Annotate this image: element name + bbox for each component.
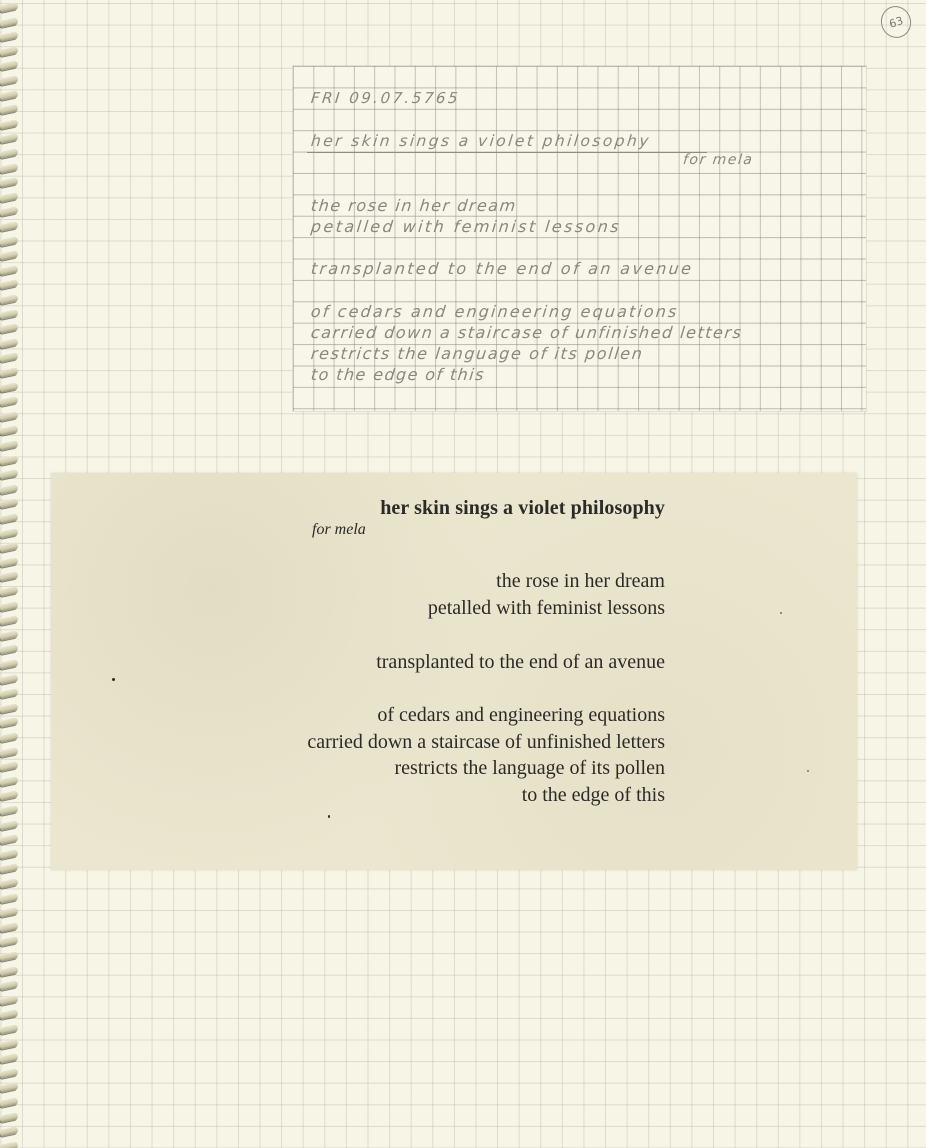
typed-title-block: her skin sings a violet philosophy (380, 495, 665, 521)
spiral-coil (0, 513, 19, 524)
spiral-coil (0, 586, 19, 597)
spiral-coil (0, 280, 19, 291)
paper-speck (780, 612, 782, 614)
spiral-coil (0, 163, 19, 174)
spiral-coil (0, 834, 19, 845)
spiral-coil (0, 177, 19, 188)
spiral-coil (0, 674, 19, 685)
spiral-coil (0, 148, 19, 159)
spiral-coil (0, 338, 19, 349)
spiral-coil (0, 499, 19, 510)
typed-line: restricts the language of its pollen (395, 757, 665, 780)
spiral-coil (0, 688, 19, 699)
spiral-coil (0, 791, 19, 802)
spiral-coil (0, 353, 19, 364)
page-number: 63 (877, 2, 915, 42)
spiral-coil (0, 980, 19, 991)
spiral-coil (0, 367, 19, 378)
spiral-coil (0, 134, 19, 145)
spiral-coil (0, 864, 19, 875)
spiral-coil (0, 542, 19, 553)
handwritten-title-underline (307, 152, 707, 153)
spiral-coil (0, 2, 19, 13)
page-number-text: 63 (887, 14, 904, 31)
spiral-coil (0, 805, 19, 816)
handwritten-line: the rose in her dream (310, 196, 518, 215)
spiral-coil (0, 922, 19, 933)
spiral-coil (0, 396, 19, 407)
spiral-coil (0, 426, 19, 437)
spiral-coil (0, 382, 19, 393)
spiral-coil (0, 732, 19, 743)
paper-speck (112, 678, 115, 681)
spiral-coil (0, 192, 19, 203)
paper-speck (328, 815, 330, 818)
spiral-coil (0, 557, 19, 568)
spiral-coil (0, 1097, 19, 1108)
spiral-binding (0, 0, 22, 1148)
spiral-coil (0, 966, 19, 977)
spiral-coil (0, 294, 19, 305)
spiral-coil (0, 1053, 19, 1064)
spiral-coil (0, 615, 19, 626)
typed-line: to the edge of this (522, 784, 665, 807)
spiral-coil (0, 907, 19, 918)
spiral-coil (0, 1126, 19, 1137)
handwritten-note: FRI 09.07.5765 her skin sings a violet p… (293, 66, 866, 411)
spiral-coil (0, 90, 19, 101)
typed-note: her skin sings a violet philosophy for m… (51, 473, 857, 870)
spiral-coil (0, 323, 19, 334)
typed-line: the rose in her dream (496, 570, 665, 593)
spiral-coil (0, 484, 19, 495)
spiral-coil (0, 61, 19, 72)
typed-line: petalled with feminist lessons (428, 597, 665, 620)
spiral-coil (0, 411, 19, 422)
spiral-coil (0, 1068, 19, 1079)
spiral-coil (0, 1039, 19, 1050)
spiral-coil (0, 630, 19, 641)
spiral-coil (0, 1112, 19, 1123)
handwritten-line: transplanted to the end of an avenue (310, 259, 694, 278)
spiral-coil (0, 893, 19, 904)
spiral-coil (0, 46, 19, 57)
handwritten-line: restricts the language of its pollen (310, 344, 645, 363)
typed-title: her skin sings a violet philosophy (380, 495, 665, 521)
typed-line: transplanted to the end of an avenue (376, 651, 665, 674)
handwritten-line: carried down a staircase of unfinished l… (310, 323, 743, 342)
spiral-coil (0, 455, 19, 466)
spiral-coil (0, 820, 19, 831)
spiral-coil (0, 31, 19, 42)
spiral-coil (0, 265, 19, 276)
typed-line: of cedars and engineering equations (377, 704, 665, 727)
handwritten-line: of cedars and engineering equations (310, 302, 680, 321)
handwritten-dedication: for mela (682, 152, 754, 168)
spiral-coil (0, 761, 19, 772)
spiral-coil (0, 207, 19, 218)
spiral-coil (0, 937, 19, 948)
spiral-coil (0, 572, 19, 583)
spiral-coil (0, 645, 19, 656)
spiral-coil (0, 221, 19, 232)
spiral-coil (0, 878, 19, 889)
typed-dedication: for mela (312, 521, 366, 539)
spiral-coil (0, 17, 19, 28)
spiral-coil (0, 747, 19, 758)
spiral-coil (0, 440, 19, 451)
handwritten-date: FRI 09.07.5765 (310, 89, 461, 107)
spiral-coil (0, 1141, 19, 1148)
spiral-coil (0, 236, 19, 247)
spiral-coil (0, 718, 19, 729)
spiral-coil (0, 1083, 19, 1094)
spiral-coil (0, 951, 19, 962)
spiral-coil (0, 250, 19, 261)
handwritten-title: her skin sings a violet philosophy (310, 132, 652, 150)
spiral-coil (0, 849, 19, 860)
spiral-coil (0, 659, 19, 670)
spiral-coil (0, 104, 19, 115)
spiral-coil (0, 703, 19, 714)
spiral-coil (0, 995, 19, 1006)
handwritten-line: petalled with feminist lessons (310, 217, 622, 236)
spiral-coil (0, 75, 19, 86)
spiral-coil (0, 776, 19, 787)
spiral-coil (0, 528, 19, 539)
spiral-coil (0, 601, 19, 612)
spiral-coil (0, 119, 19, 130)
spiral-coil (0, 309, 19, 320)
spiral-coil (0, 1010, 19, 1021)
paper-speck (807, 770, 809, 772)
typed-line: carried down a staircase of unfinished l… (307, 731, 665, 754)
handwritten-line: to the edge of this (310, 365, 486, 384)
spiral-coil (0, 1024, 19, 1035)
spiral-coil (0, 469, 19, 480)
